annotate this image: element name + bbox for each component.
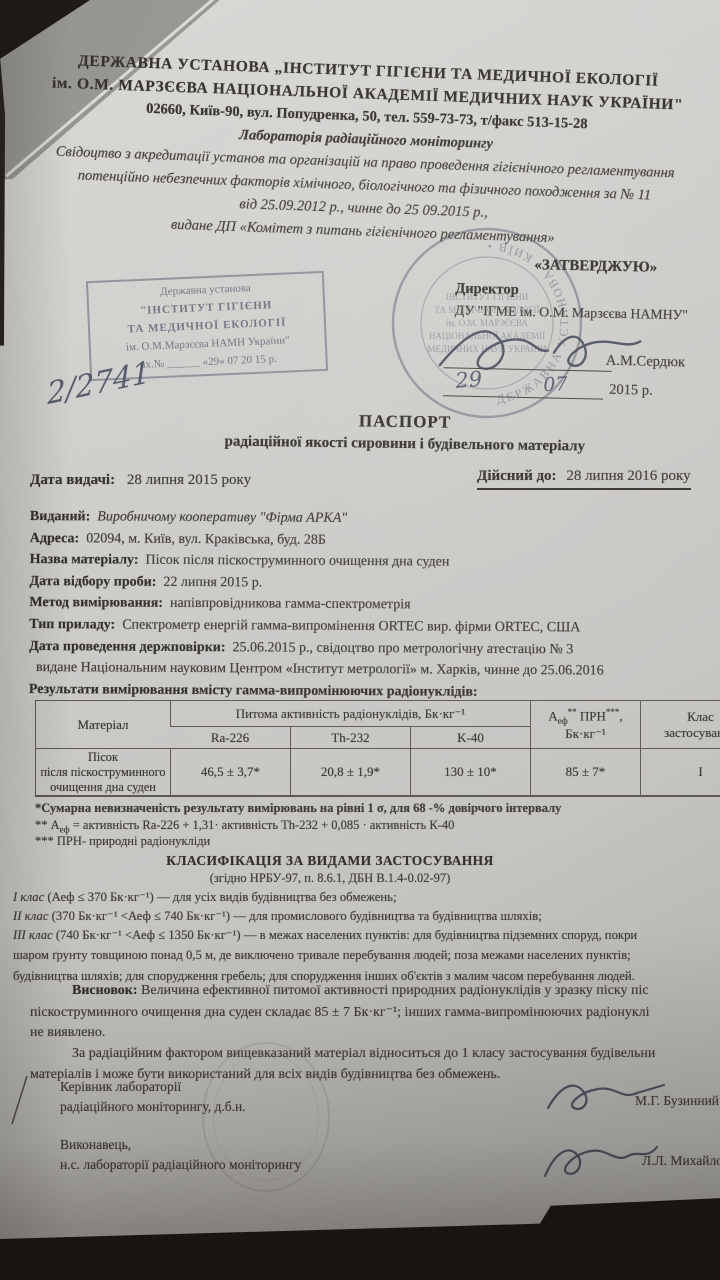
head-signer-role-line2: радіаційного моніторингу, д.б.н. bbox=[60, 1099, 246, 1115]
approval-year: 2015 р. bbox=[609, 382, 653, 400]
results-table: Матеріал Питома активність радіонуклідів… bbox=[35, 700, 720, 797]
cell-k40: 130 ± 10* bbox=[410, 748, 530, 796]
col-header-k40: K-40 bbox=[410, 726, 530, 748]
valid-until-label: Дійсний до: bbox=[477, 468, 557, 484]
conclusion-line3: не виявлено. bbox=[30, 1025, 105, 1041]
col-header-material: Матеріал bbox=[35, 700, 170, 748]
col-header-ra226: Ra-226 bbox=[170, 726, 290, 748]
exec-signer-role-line2: н.с. лабораторії радіаційного моніторинг… bbox=[60, 1157, 301, 1173]
classification-class2: ІІ клас (370 Бк·кг⁻¹ <Аеф ≤ 740 Бк·кг⁻¹)… bbox=[13, 908, 542, 924]
col-header-th232: Th-232 bbox=[290, 726, 410, 748]
valid-until-value: 28 липня 2016 року bbox=[566, 468, 690, 484]
footnote-1: *Сумарна невизначеність результату вимір… bbox=[35, 801, 561, 816]
document-fields: Виданий:Виробничому кооперативу "Фірма А… bbox=[29, 506, 720, 705]
issue-date-value: 28 липня 2015 року bbox=[127, 472, 251, 488]
conclusion-line2: піскоструминного очищення дна суден скла… bbox=[30, 1004, 650, 1021]
cell-aeff: 85 ± 7* bbox=[530, 748, 640, 796]
footnote-2: ** Аеф = активність Ra-226 + 1,31· актив… bbox=[35, 818, 454, 835]
letterhead: ДЕРЖАВНА УСТАНОВА „ІНСТИТУТ ГІГІЄНИ ТА М… bbox=[32, 48, 700, 255]
footnote-3: *** ПРН- природні радіонукліди bbox=[35, 834, 210, 849]
photo-of-document: { "letterhead": { "l1": "ДЕРЖАВНА УСТАНО… bbox=[0, 0, 720, 1280]
exec-signer-role-line1: Виконавець, bbox=[60, 1137, 131, 1153]
head-signature bbox=[540, 1072, 670, 1118]
exec-signature bbox=[535, 1136, 665, 1184]
approver-role: Директор bbox=[455, 281, 519, 299]
classification-title: КЛАСИФІКАЦІЯ ЗА ВИДАМИ ЗАСТОСУВАННЯ bbox=[0, 853, 660, 869]
conclusion-line1: Висновок: Величина ефективної питомої ак… bbox=[72, 983, 649, 999]
issue-date-label: Дата видачі: bbox=[30, 472, 115, 488]
cell-th232: 20,8 ± 1,9* bbox=[290, 748, 410, 796]
head-signer-role-line1: Керівник лабораторії bbox=[60, 1079, 181, 1095]
cell-class: I bbox=[640, 748, 720, 796]
valid-until: Дійсний до: 28 липня 2016 року bbox=[477, 468, 691, 490]
cell-ra226: 46,5 ± 3,7* bbox=[170, 748, 290, 796]
classification-subtitle: (згідно НРБУ-97, п. 8.6.1, ДБН В.1.4-0.0… bbox=[0, 871, 660, 886]
cell-material: Пісок після піскоструминного очищення дн… bbox=[35, 748, 170, 796]
pen-slash-mark bbox=[8, 1074, 30, 1126]
classification-class3-cont: шаром ґрунту товщиною понад 0,5 м, де ви… bbox=[13, 948, 631, 963]
classification-class3: ІІІ клас (740 Бк·кг⁻¹ <Аеф ≤ 1350 Бк·кг⁻… bbox=[13, 927, 637, 943]
conclusion-line4: За радіаційним фактором вищевказаний мат… bbox=[72, 1046, 655, 1062]
director-signature bbox=[427, 313, 648, 382]
col-header-class: Клас застосування bbox=[640, 700, 720, 748]
col-header-activity: Питома активність радіонуклідів, Бк·кг⁻¹ bbox=[170, 700, 530, 726]
classification-class1: І клас (Аеф ≤ 370 Бк·кг⁻¹) — для усіх ви… bbox=[13, 889, 397, 905]
col-header-aeff: Аеф** ПРН***, Бк·кг⁻¹ bbox=[530, 700, 640, 748]
classification-class3-cont2: будівництва шляхів; для спорудження греб… bbox=[13, 969, 635, 984]
issue-date: Дата видачі: 28 липня 2015 року bbox=[30, 472, 251, 489]
